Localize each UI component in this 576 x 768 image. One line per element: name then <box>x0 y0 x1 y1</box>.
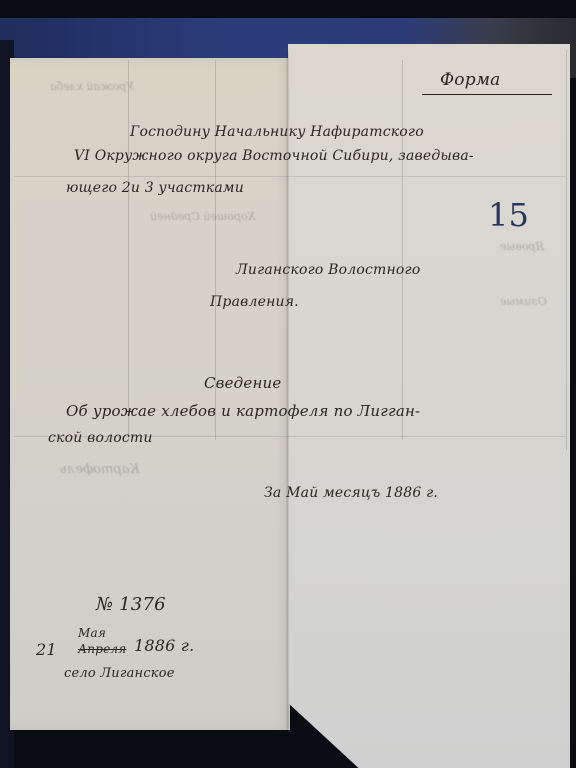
registry-day: 21 <box>36 640 57 659</box>
form-label-underline <box>422 94 552 95</box>
form-label: Форма <box>440 70 500 90</box>
document-heading: Сведение <box>204 374 282 392</box>
body-line: Об урожае хлебов и картофеля по Лигган- <box>66 402 420 420</box>
body-line: ской волости <box>48 430 153 446</box>
form-rule <box>402 60 403 440</box>
bleed-through-text: Яровые <box>500 240 544 253</box>
address-line: ющего 2и 3 участками <box>66 180 244 196</box>
form-rule <box>14 176 566 177</box>
report-period: За Май месяцъ 1886 г. <box>264 485 438 501</box>
registry-month: Мая <box>78 626 106 640</box>
blue-pencil-mark: 15 <box>488 196 529 234</box>
registry-place: село Лиганское <box>64 666 175 681</box>
form-rule <box>566 50 567 450</box>
bleed-through-text: Урожай хлеба <box>50 80 134 93</box>
sender-line: Правления. <box>210 294 299 310</box>
address-line: VI Окружного округа Восточной Сибири, за… <box>74 148 474 164</box>
bleed-through-text: Озимые <box>500 295 547 308</box>
bleed-through-text: Хорошей Средней <box>150 210 255 223</box>
registry-month-struck: Апреля <box>78 642 126 656</box>
bleed-through-text: Картофель <box>60 462 140 477</box>
sender-line: Лиганского Волостного <box>236 262 420 278</box>
registry-year: 1886 г. <box>134 636 194 655</box>
registry-number: № 1376 <box>96 594 166 615</box>
address-line: Господину Начальнику Нафиратского <box>130 124 424 140</box>
form-rule <box>128 60 129 440</box>
